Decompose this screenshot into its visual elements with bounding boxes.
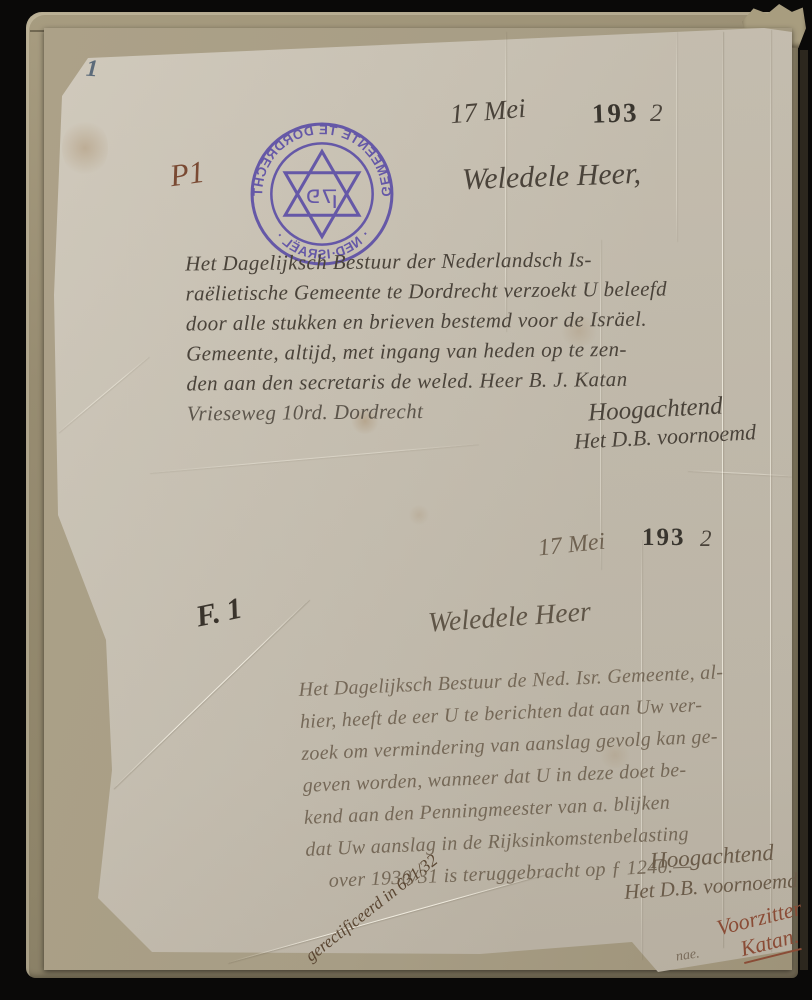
page-number: 1 [85, 56, 99, 84]
crease-line [676, 32, 677, 242]
letter1-mark: P1 [168, 154, 207, 194]
letter2-year-digit: 2 [700, 526, 712, 552]
stamp-hebrew-letters: פק [306, 180, 338, 209]
letter2-year-stamp: 193 [642, 524, 686, 552]
paper-stain [408, 505, 430, 525]
crease-line [770, 30, 771, 952]
letter1-date: 17 Mei [449, 93, 527, 130]
page-fore-edge [800, 50, 808, 970]
paper-stain [62, 118, 108, 178]
margin-scribble: nae. [675, 946, 701, 965]
scanned-album-page: { "document": { "page_number": "1", "des… [0, 0, 812, 1000]
letter1-year-stamp: 193 [591, 97, 639, 130]
letter1-salutation: Weledele Heer, [461, 157, 641, 197]
letter1-year-digit: 2 [650, 100, 663, 128]
